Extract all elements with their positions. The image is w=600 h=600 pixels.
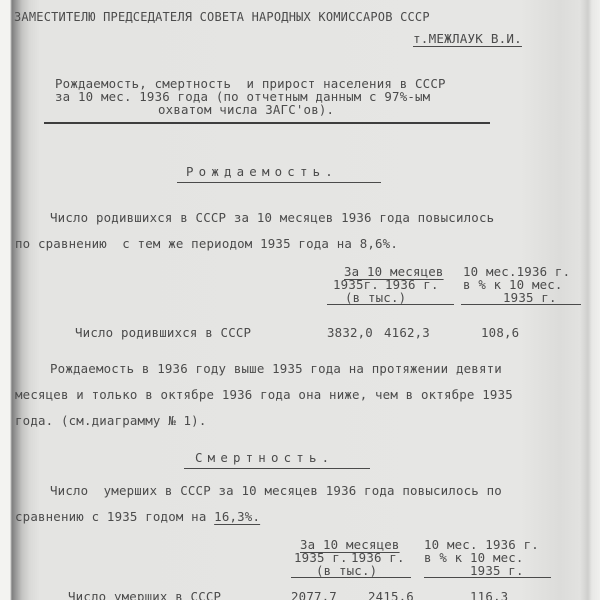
deaths-heading: Смертность. <box>195 450 334 465</box>
births-table-underline-left <box>327 304 454 305</box>
deaths-table-underline-left <box>291 577 411 578</box>
births-paragraph-2-line-2: месяцев и только в октябре 1936 года она… <box>15 387 513 402</box>
deaths-value-1936: 2415,6 <box>368 589 414 600</box>
births-table-underline-right <box>461 304 581 305</box>
births-value-1936: 4162,3 <box>384 325 430 340</box>
title-divider <box>44 122 490 124</box>
births-paragraph-1-line-1: Число родившихся в СССР за 10 месяцев 19… <box>50 210 494 225</box>
deaths-heading-underline <box>184 468 370 469</box>
document-page: ЗАМЕСТИТЕЛЮ ПРЕДСЕДАТЕЛЯ СОВЕТА НАРОДНЫХ… <box>0 0 600 600</box>
deaths-value-1935: 2077,7 <box>291 589 337 600</box>
births-value-1935: 3832,0 <box>327 325 373 340</box>
births-value-pct: 108,6 <box>481 325 519 340</box>
deaths-paragraph-1-line-2-text: сравнению с 1935 годом на <box>15 509 214 524</box>
deaths-table-underline-right <box>424 577 551 578</box>
deaths-table-col-pct-3: 1935 г. <box>470 563 524 578</box>
births-paragraph-2-line-3: года. (см.диаграмму № 1). <box>15 413 207 428</box>
births-heading-underline <box>177 182 381 183</box>
deaths-table-unit: (в тыс.) <box>316 563 377 578</box>
births-table-col-pct-3: 1935 г. <box>503 290 557 305</box>
births-row-label: Число родившихся в СССР <box>75 325 251 340</box>
title-line-3: охватом числа ЗАГС'ов). <box>158 102 334 117</box>
births-paragraph-1-line-2: по сравнению с тем же периодом 1935 года… <box>15 236 398 251</box>
deaths-paragraph-1-line-2: сравнению с 1935 годом на 16,3%. <box>15 509 260 524</box>
addressee-line: ЗАМЕСТИТЕЛЮ ПРЕДСЕДАТЕЛЯ СОВЕТА НАРОДНЫХ… <box>14 10 430 24</box>
deaths-paragraph-1-line-1: Число умерших в СССР за 10 месяцев 1936 … <box>50 483 502 498</box>
deaths-increase-pct: 16,3%. <box>214 509 260 524</box>
deaths-row-label: Число умерших в СССР <box>68 589 221 600</box>
deaths-value-pct: 116,3 <box>470 589 508 600</box>
births-table-unit: (в тыс.) <box>345 290 406 305</box>
births-heading: Рождаемость. <box>186 164 338 179</box>
births-paragraph-2-line-1: Рождаемость в 1936 году выше 1935 года н… <box>50 361 502 376</box>
addressee-name: т.МЕЖЛАУК В.И. <box>413 31 522 46</box>
